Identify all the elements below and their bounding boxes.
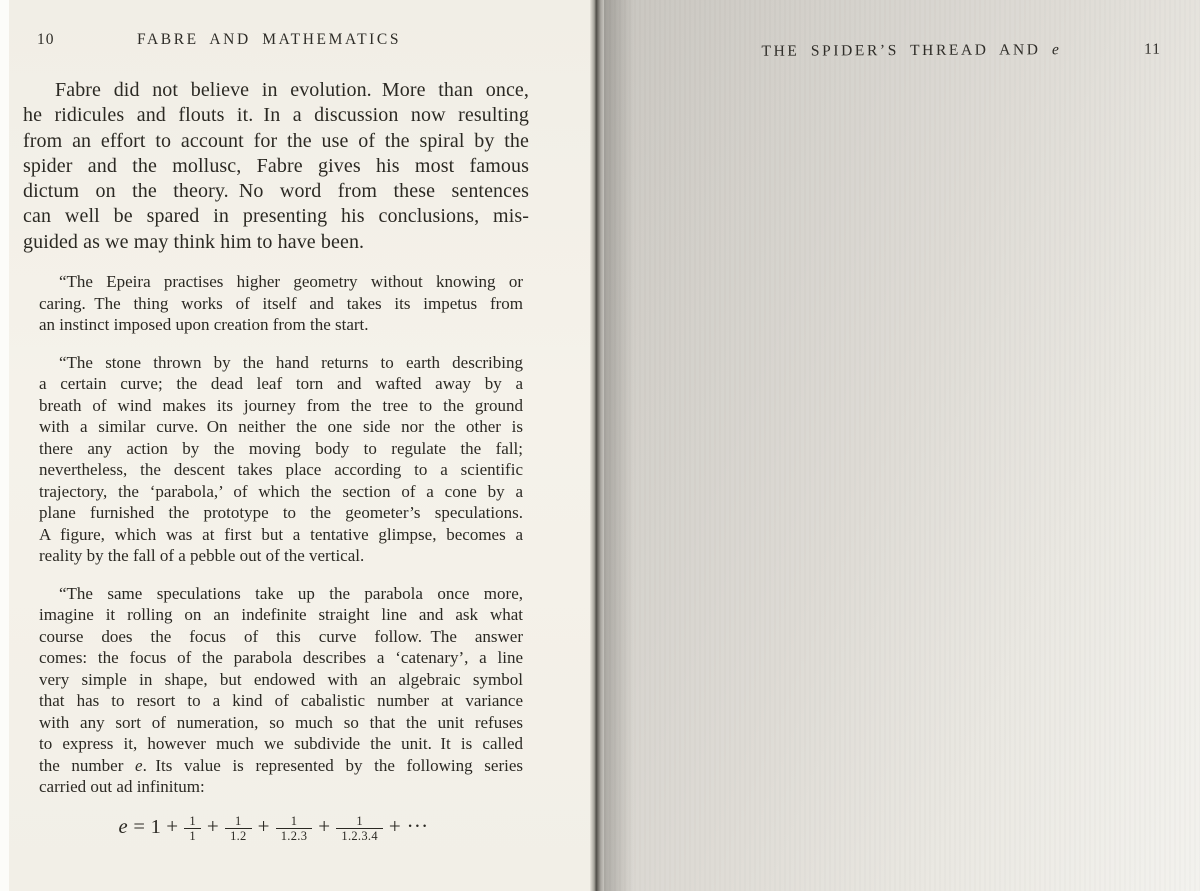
- text-line: comes: the focus of the parabola describ…: [39, 647, 523, 669]
- text-line: A figure, which was at first but a tenta…: [39, 524, 523, 546]
- ellipsis-tail: + ···: [384, 814, 434, 838]
- text-line: spider and the mollusc, Fabre gives his …: [23, 154, 529, 179]
- left-running-title: FABRE AND MATHEMATICS: [137, 31, 401, 48]
- left-paragraphs: Fabre did not believe in evolution. More…: [23, 78, 529, 798]
- plus-sign: +: [253, 814, 275, 838]
- text-line: to express it, however much we subdivide…: [39, 733, 523, 755]
- text-line: nevertheless, the descent takes place ac…: [39, 459, 523, 481]
- text-line: plane furnished the prototype to the geo…: [39, 502, 523, 524]
- text-line: an instinct imposed upon creation from t…: [39, 314, 523, 336]
- plus-sign: +: [202, 814, 224, 838]
- text-line: there any action by the moving body to r…: [39, 438, 523, 460]
- text-line: with any sort of numeration, so much so …: [39, 712, 523, 734]
- left-text-block: Fabre did not believe in evolution. More…: [23, 78, 529, 843]
- text-line: breath of wind makes its journey from th…: [39, 395, 523, 417]
- text-line: a certain curve; the dead leaf torn and …: [39, 373, 523, 395]
- right-page: THE SPIDER’S THREAD AND e 11 If the read…: [604, 0, 1200, 891]
- text-line: “The Epeira practises higher geometry wi…: [39, 271, 523, 293]
- text-line: with a similar curve. On neither the one…: [39, 416, 523, 438]
- e-series-equation: e = 1+11+11.2+11.2.3+11.2.3.4+ ···: [23, 814, 529, 843]
- text-line: imagine it rolling on an indefinite stra…: [39, 604, 523, 626]
- text-line: guided as we may think him to have been.: [23, 230, 529, 255]
- fraction: 11.2.3: [276, 814, 313, 843]
- text-line: dictum on the theory. No word from these…: [23, 179, 529, 204]
- text-line: from an effort to account for the use of…: [23, 129, 529, 154]
- book-scan: { "left_page": { "page_number": "10", "r…: [0, 0, 1200, 891]
- text-line: that has to resort to a kind of cabalist…: [39, 690, 523, 712]
- text-line: carried out ad infinitum:: [39, 776, 523, 798]
- paragraph: Fabre did not believe in evolution. More…: [23, 78, 529, 255]
- text-line: “The stone thrown by the hand returns to…: [39, 352, 523, 374]
- text-line: trajectory, the ‘parabola,’ of which the…: [39, 481, 523, 503]
- text-line: the number e. Its value is represented b…: [39, 755, 523, 777]
- text-line: very simple in shape, but endowed with a…: [39, 669, 523, 691]
- text-line: caring. The thing works of itself and ta…: [39, 293, 523, 315]
- left-running-head: 10 FABRE AND MATHEMATICS: [15, 31, 523, 49]
- text-line: can well be spared in presenting his con…: [23, 204, 529, 229]
- right-running-title: THE SPIDER’S THREAD AND e: [761, 41, 1061, 60]
- fraction: 11.2.3.4: [336, 814, 382, 843]
- fraction: 11.2: [225, 814, 252, 843]
- book-gutter: [590, 0, 604, 891]
- paragraph: “The same speculations take up the parab…: [39, 583, 523, 798]
- plus-sign: +: [161, 814, 183, 838]
- paragraph: “The Epeira practises higher geometry wi…: [39, 271, 523, 336]
- paragraph: “The stone thrown by the hand returns to…: [39, 352, 523, 567]
- text-line: Fabre did not believe in evolution. More…: [23, 78, 529, 103]
- equation-lhs: e = 1: [119, 816, 162, 838]
- text-line: reality by the fall of a pebble out of t…: [39, 545, 523, 567]
- left-page-number: 10: [37, 31, 55, 49]
- fraction: 11: [184, 814, 201, 843]
- right-running-head: THE SPIDER’S THREAD AND e 11: [658, 41, 1165, 62]
- plus-sign: +: [313, 814, 335, 838]
- right-page-number: 11: [1144, 41, 1161, 59]
- text-line: he ridicules and flouts it. In a discuss…: [23, 103, 529, 128]
- text-line: course does the focus of this curve foll…: [39, 626, 523, 648]
- left-page: 10 FABRE AND MATHEMATICS Fabre did not b…: [9, 0, 590, 891]
- text-line: “The same speculations take up the parab…: [39, 583, 523, 605]
